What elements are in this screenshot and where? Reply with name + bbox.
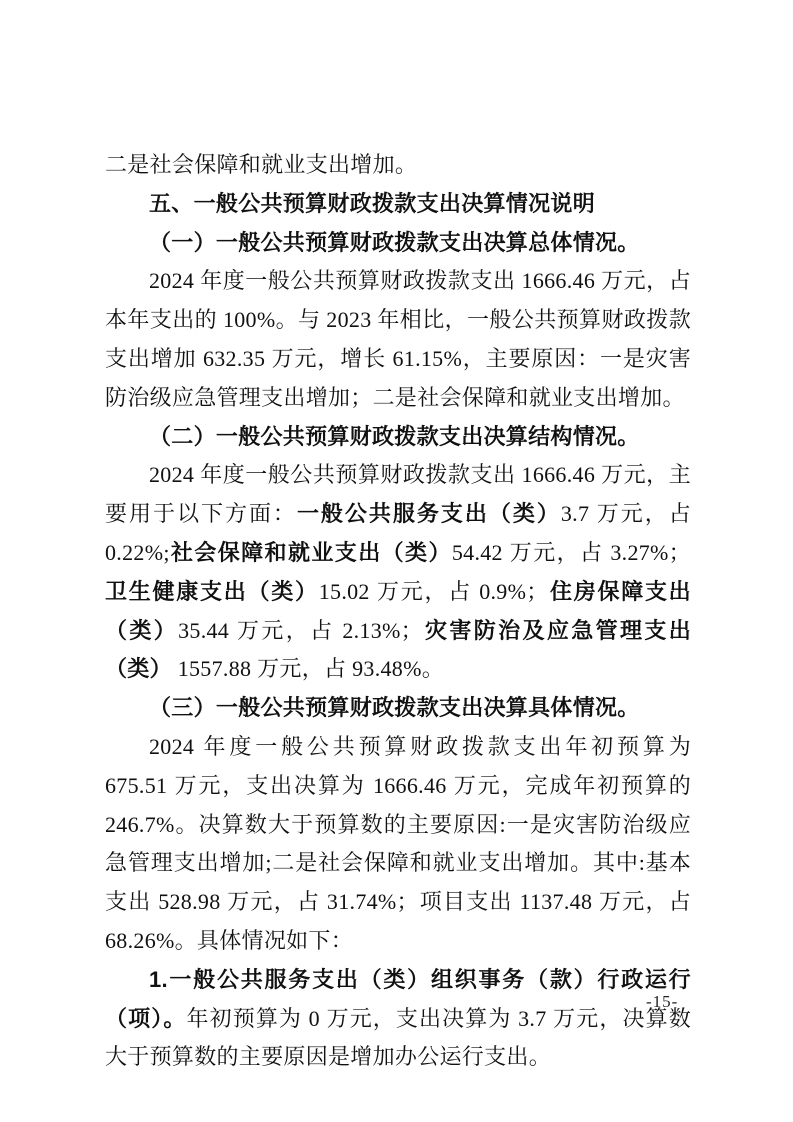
text-run: 54.42 万元，占 3.27%； (452, 540, 691, 565)
structure-paragraph: 2024 年度一般公共预算财政拨款支出 1666.46 万元，主要用于以下方面：… (105, 456, 691, 689)
subsection-heading-3: （三）一般公共预算财政拨款支出决算具体情况。 (105, 689, 691, 728)
bold-text-run: （二）一般公共预算财政拨款支出决算结构情况。 (149, 424, 640, 449)
subsection-heading-1: （一）一般公共预算财政拨款支出决算总体情况。 (105, 224, 691, 263)
continuation-paragraph: 二是社会保障和就业支出增加。 (105, 146, 691, 185)
page-number: -15- (646, 992, 678, 1012)
text-run: 二是社会保障和就业支出增加。 (105, 152, 417, 177)
subsection-heading-2: （二）一般公共预算财政拨款支出决算结构情况。 (105, 418, 691, 457)
text-run: 2024 年度一般公共预算财政拨款支出 1666.46 万元，占本年支出的 10… (105, 268, 691, 409)
bold-text-run: （三）一般公共预算财政拨款支出决算具体情况。 (149, 695, 640, 720)
specific-situation-paragraph: 2024 年度一般公共预算财政拨款支出年初预算为 675.51 万元，支出决算为… (105, 728, 691, 961)
bold-text-run: 社会保障和就业支出（类） (170, 540, 452, 565)
overall-situation-paragraph: 2024 年度一般公共预算财政拨款支出 1666.46 万元，占本年支出的 10… (105, 262, 691, 417)
text-run: 2024 年度一般公共预算财政拨款支出年初预算为 675.51 万元，支出决算为… (105, 734, 691, 953)
document-page: 二是社会保障和就业支出增加。五、一般公共预算财政拨款支出决算情况说明（一）一般公… (0, 0, 793, 1122)
text-run: 35.44 万元，占 2.13%； (178, 618, 423, 643)
section-heading-5: 五、一般公共预算财政拨款支出决算情况说明 (105, 185, 691, 224)
bold-text-run: 一般公共服务支出（类） (297, 501, 561, 526)
document-body: 二是社会保障和就业支出增加。五、一般公共预算财政拨款支出决算情况说明（一）一般公… (105, 146, 691, 1077)
text-run: 15.02 万元，占 0.9%； (319, 579, 549, 604)
item-1-paragraph: 1.一般公共服务支出（类）组织事务（款）行政运行（项）。年初预算为 0 万元，支… (105, 961, 691, 1077)
bold-text-run: 卫生健康支出（类） (105, 579, 319, 604)
text-run: 年初预算为 0 万元，支出决算为 3.7 万元，决算数大于预算数的主要原因是增加… (105, 1006, 691, 1070)
text-run: 1557.88 万元，占 93.48%。 (172, 656, 444, 681)
bold-text-run: （一）一般公共预算财政拨款支出决算总体情况。 (149, 230, 640, 255)
bold-text-run: 五、一般公共预算财政拨款支出决算情况说明 (149, 191, 595, 216)
